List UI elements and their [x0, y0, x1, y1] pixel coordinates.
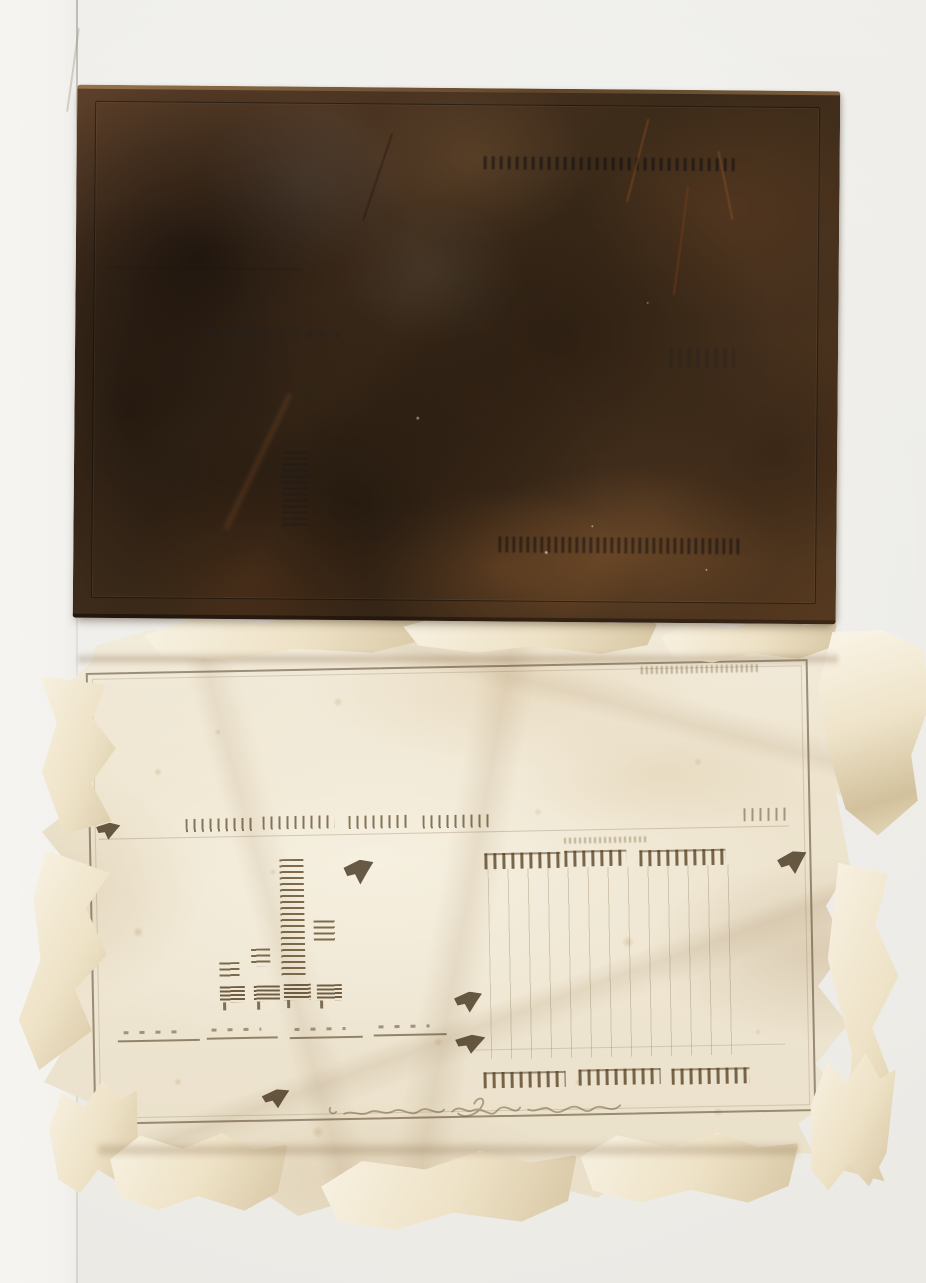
staff-line-fragment [118, 1030, 200, 1043]
notation-beam-block [220, 986, 245, 1002]
printed-border-frame [86, 659, 817, 1125]
notation-beam-block [254, 985, 280, 1001]
notation-note-group [484, 852, 560, 869]
notation-ladder-column [251, 948, 270, 966]
photo-of-plate-and-proof-print [0, 0, 926, 1283]
proof-print-sheet [18, 612, 910, 1228]
notation-tick-row [349, 815, 411, 829]
clef-mark [776, 850, 808, 877]
notation-tick-row [423, 814, 489, 828]
surface-specks [73, 85, 841, 625]
clef-mark [454, 991, 482, 1014]
staff-line-fragment [374, 1024, 447, 1036]
notation-note-group [671, 1067, 749, 1084]
notation-barlines [488, 864, 750, 1059]
notation-note-group [578, 1068, 660, 1086]
notation-tick-row [263, 815, 335, 829]
notation-note-group [639, 849, 725, 867]
notation-note-group [564, 850, 626, 867]
notation-tick-row [743, 807, 789, 821]
clef-mark [343, 859, 373, 886]
notation-ladder-column [279, 859, 305, 977]
faint-caption-text [564, 836, 646, 844]
notation-ladder-column [314, 920, 335, 941]
staff-line-fragment [290, 1027, 363, 1039]
notation-ladder-column [219, 962, 239, 979]
notation-tick-row [186, 818, 256, 832]
notation-beam-block [284, 984, 311, 1001]
staff-line-fragment [207, 1027, 278, 1039]
handwritten-inscription [324, 1095, 624, 1126]
engraved-printing-plate [73, 85, 841, 625]
notation-note-group [483, 1071, 565, 1089]
faint-caption-text [641, 664, 759, 674]
notation-beam-block [317, 984, 342, 1000]
clef-mark [454, 1034, 485, 1055]
clef-mark [261, 1088, 290, 1110]
